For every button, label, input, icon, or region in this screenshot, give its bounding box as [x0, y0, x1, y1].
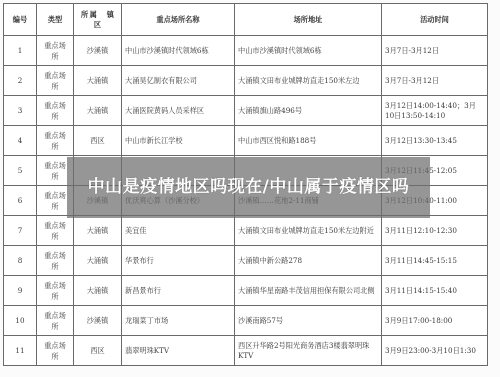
cell-type-line1: 重点场	[40, 160, 70, 171]
table-row: 1 重点场所 沙溪镇 中山市沙溪镇时代领域6栋 中山市沙溪镇时代领域6栋 3月7…	[4, 36, 488, 66]
cell-type: 重点场所	[37, 336, 74, 366]
table-row: 11 重点场所 西区 翡翠明珠KTV 西区升华路2号阳光商务酒店3楼翡翠明珠KT…	[4, 336, 488, 366]
header-no: 编号	[4, 4, 37, 36]
cell-address: 大涌镇文田布业城牌坊直走150米左边附近	[235, 216, 382, 246]
cell-type: 重点场所	[37, 216, 74, 246]
cell-location-name: 大涌医院黄码人员采样区	[122, 96, 235, 126]
header-address: 场所地址	[235, 4, 382, 36]
cell-town: 西区	[74, 126, 122, 156]
cell-type-line2: 所	[40, 201, 70, 212]
cell-type-line2: 所	[40, 231, 70, 242]
cell-activity-time: 3月11日14:45-15:15	[382, 246, 488, 276]
cell-address: 大涌镇旗山路496号	[235, 96, 382, 126]
overlay-title: 中山是疫情地区吗现在/中山属于疫情区吗	[76, 177, 421, 198]
header-location-name: 重点场所名称	[122, 4, 235, 36]
cell-type-line2: 所	[40, 141, 70, 152]
cell-address: 大涌镇文田布业城牌坊直走150米左边	[235, 66, 382, 96]
cell-address: 中山市沙溪镇时代领域6栋	[235, 36, 382, 66]
table-row: 7 重点场所 大涌镇 美宜佳 大涌镇文田布业城牌坊直走150米左边附近 3月11…	[4, 216, 488, 246]
cell-activity-time: 3月9日23:00-3月10日1:30	[382, 336, 488, 366]
cell-location-name: 翡翠明珠KTV	[122, 336, 235, 366]
cell-type-line2: 所	[40, 291, 70, 302]
cell-activity-time: 3月9日17:00-18:00	[382, 306, 488, 336]
cell-no: 4	[4, 126, 37, 156]
header-activity-time: 活动时间	[382, 4, 488, 36]
cell-location-name: 新昌景布行	[122, 276, 235, 306]
cell-town: 沙溪镇	[74, 36, 122, 66]
cell-activity-time: 3月12日13:30-13:45	[382, 126, 488, 156]
table-row: 8 重点场所 大涌镇 华景布行 大涌镇中新公路278 3月11日14:45-15…	[4, 246, 488, 276]
cell-town: 大涌镇	[74, 216, 122, 246]
cell-type-line1: 重点场	[40, 100, 70, 111]
cell-no: 1	[4, 36, 37, 66]
cell-type-line1: 重点场	[40, 40, 70, 51]
cell-address: 中山市西区悦和路188号	[235, 126, 382, 156]
cell-type: 重点场所	[37, 96, 74, 126]
cell-type-line1: 重点场	[40, 190, 70, 201]
cell-town: 大涌镇	[74, 96, 122, 126]
cell-type: 重点场所	[37, 126, 74, 156]
cell-type: 重点场所	[37, 36, 74, 66]
cell-location-name: 龙瑞菜丁市场	[122, 306, 235, 336]
cell-location-name: 华景布行	[122, 246, 235, 276]
header-town-line2: 区	[77, 20, 118, 30]
cell-location-name: 中山市新长江学校	[122, 126, 235, 156]
cell-no: 5	[4, 156, 37, 186]
cell-type: 重点场所	[37, 306, 74, 336]
cell-type: 重点场所	[37, 66, 74, 96]
table-header-row: 编号 类型 所属 镇 区 重点场所名称 场所地址 活动时间	[4, 4, 488, 36]
header-type: 类型	[37, 4, 74, 36]
cell-no: 7	[4, 216, 37, 246]
cell-activity-time: 3月12日14:00-14:40；3月10日13:50-14:10	[382, 96, 488, 126]
cell-type-line1: 重点场	[40, 70, 70, 81]
cell-address: 大涌镇华星南路丰茂信用担保有限公司北侧	[235, 276, 382, 306]
cell-activity-time: 3月11日14:15-15:40	[382, 276, 488, 306]
cell-no: 10	[4, 306, 37, 336]
cell-type-line2: 所	[40, 261, 70, 272]
header-town-line1: 所属 镇	[77, 10, 118, 20]
table-row: 4 重点场所 西区 中山市新长江学校 中山市西区悦和路188号 3月12日13:…	[4, 126, 488, 156]
cell-no: 9	[4, 276, 37, 306]
cell-no: 2	[4, 66, 37, 96]
cell-activity-time: 3月7日-3月12日	[382, 66, 488, 96]
cell-no: 8	[4, 246, 37, 276]
cell-town: 大涌镇	[74, 276, 122, 306]
cell-address: 沙溪南路57号	[235, 306, 382, 336]
cell-location-name: 中山市沙溪镇时代领域6栋	[122, 36, 235, 66]
cell-type-line1: 重点场	[40, 250, 70, 261]
cell-no: 11	[4, 336, 37, 366]
cell-type-line1: 重点场	[40, 130, 70, 141]
cell-town: 沙溪镇	[74, 306, 122, 336]
cell-no: 3	[4, 96, 37, 126]
cell-location-name: 美宜佳	[122, 216, 235, 246]
cell-type-line2: 所	[40, 351, 70, 362]
cell-type-line1: 重点场	[40, 340, 70, 351]
cell-address: 大涌镇中新公路278	[235, 246, 382, 276]
cell-activity-time: 3月11日12:10-12:30	[382, 216, 488, 246]
cell-location-name: 大涌昊亿制衣有限公司	[122, 66, 235, 96]
cell-town: 大涌镇	[74, 66, 122, 96]
cell-type-line2: 所	[40, 51, 70, 62]
cell-town: 大涌镇	[74, 246, 122, 276]
cell-type-line2: 所	[40, 111, 70, 122]
cell-town: 西区	[74, 336, 122, 366]
document-page: 编号 类型 所属 镇 区 重点场所名称 场所地址 活动时间 1 重点场所 沙溪镇…	[0, 0, 500, 377]
cell-type-line2: 所	[40, 171, 70, 182]
cell-type-line2: 所	[40, 81, 70, 92]
table-row: 9 重点场所 大涌镇 新昌景布行 大涌镇华星南路丰茂信用担保有限公司北侧 3月1…	[4, 276, 488, 306]
cell-type-line1: 重点场	[40, 310, 70, 321]
table-row: 3 重点场所 大涌镇 大涌医院黄码人员采样区 大涌镇旗山路496号 3月12日1…	[4, 96, 488, 126]
header-town: 所属 镇 区	[74, 4, 122, 36]
cell-type-line2: 所	[40, 321, 70, 332]
cell-no: 6	[4, 186, 37, 216]
table-row: 2 重点场所 大涌镇 大涌昊亿制衣有限公司 大涌镇文田布业城牌坊直走150米左边…	[4, 66, 488, 96]
cell-type: 重点场所	[37, 276, 74, 306]
cell-type-line1: 重点场	[40, 280, 70, 291]
title-overlay-banner: 中山是疫情地区吗现在/中山属于疫情区吗	[67, 157, 430, 218]
cell-type: 重点场所	[37, 246, 74, 276]
cell-activity-time: 3月7日-3月12日	[382, 36, 488, 66]
cell-type-line1: 重点场	[40, 220, 70, 231]
cell-address: 西区升华路2号阳光商务酒店3楼翡翠明珠KTV	[235, 336, 382, 366]
table-row: 10 重点场所 沙溪镇 龙瑞菜丁市场 沙溪南路57号 3月9日17:00-18:…	[4, 306, 488, 336]
